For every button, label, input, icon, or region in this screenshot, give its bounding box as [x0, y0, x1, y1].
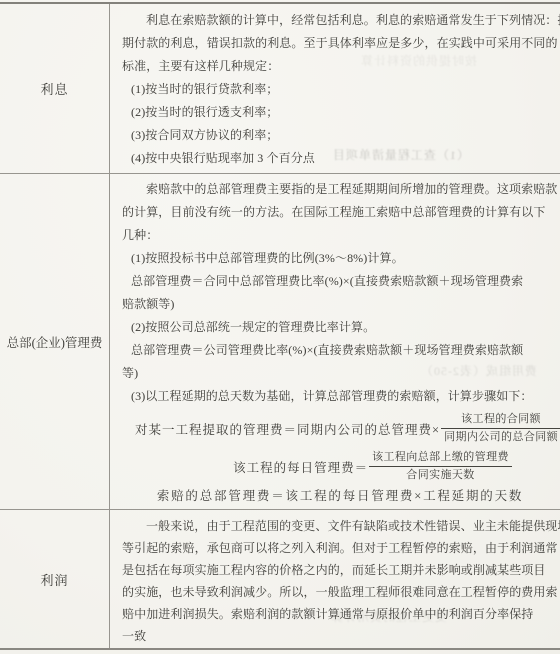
- equation-line: 赔款额等): [122, 293, 558, 316]
- fraction-denominator: 同期内公司的总合同额: [441, 428, 560, 444]
- text-line: 一般来说，由于工程范围的变更、文件有缺陷或技术性错误、业主未能提供现场: [122, 515, 558, 537]
- list-item: (2)按照公司总部统一规定的管理费比率计算。: [122, 316, 558, 339]
- list-item: (1)按照投标书中总部管理费的比例(3%～8%)计算。: [122, 247, 558, 270]
- formula-prefix: 对某一工程提取的管理费＝同期内公司的总管理费×: [135, 420, 440, 438]
- table-row-overhead: 总部(企业)管理费 索赔款中的总部管理费主要指的是工程延期期间所增加的管理费。这…: [0, 173, 560, 509]
- text-line: 赔中加进利润损失。索赔利润的款额计算通常与原报价单中的利润百分率保持: [122, 603, 558, 625]
- fraction-numerator: 该工程的合同额: [441, 412, 560, 427]
- row-label-interest: 利息: [0, 4, 110, 173]
- row-label-overhead: 总部(企业)管理费: [0, 174, 110, 509]
- text-line: 的实施，也未导致利润减少。所以，一般监理工程师很难同意在工程暂停的费用索: [122, 581, 558, 603]
- table-row-interest: 利息 利息在索赔款额的计算中，经常包括利息。利息的索赔通常发生于下列情况：拖 期…: [0, 4, 560, 173]
- text-line: 等引起的索赔，承包商可以将之列入利润。但对于工程暂停的索赔，由于利润通常: [122, 537, 558, 559]
- text-line: 标准，主要有这样几种规定：: [122, 55, 558, 78]
- text-line: 几种：: [122, 224, 558, 247]
- scanned-document-page: （1）查工程量清单项目 按时提供的资料计算 费用组成（表2-50） 变更工程的费…: [0, 0, 560, 654]
- fraction: 该工程的合同额同期内公司的总合同额: [441, 412, 560, 444]
- text-line: 是包括在每项实施工程内容的价格之内的，而延长工期并未影响或削减某些项目: [122, 559, 558, 581]
- list-item: (1)按当时的银行贷款利率；: [122, 78, 558, 101]
- row-content-interest: 利息在索赔款额的计算中，经常包括利息。利息的索赔通常发生于下列情况：拖 期付款的…: [110, 4, 560, 173]
- formula-prefix: 该工程的每日管理费＝: [233, 458, 368, 476]
- equation-line: 总部管理费＝合同中总部管理费比率(%)×(直接费索赔款额＋现场管理费索: [122, 270, 558, 293]
- text-line: 利息在索赔款额的计算中，经常包括利息。利息的索赔通常发生于下列情况：拖: [122, 9, 558, 32]
- row-label-profit: 利润: [0, 510, 110, 648]
- text-line: 一致: [122, 625, 558, 647]
- fraction-numerator: 该工程向总部上缴的管理费: [369, 450, 512, 465]
- equation-line: 等): [122, 362, 558, 385]
- table-row-profit: 利润 一般来说，由于工程范围的变更、文件有缺陷或技术性错误、业主未能提供现场 等…: [0, 509, 560, 648]
- formula-overhead-allocation: 对某一工程提取的管理费＝同期内公司的总管理费×该工程的合同额同期内公司的总合同额: [122, 411, 558, 447]
- formula-claimed-overhead: 索赔的总部管理费＝该工程的每日管理费×工程延期的天数: [122, 485, 558, 508]
- text-line: 索赔款中的总部管理费主要指的是工程延期期间所增加的管理费。这项索赔款: [122, 178, 558, 201]
- text-line: 的计算，目前没有统一的方法。在国际工程施工索赔中总部管理费的计算有以下: [122, 201, 558, 224]
- fraction: 该工程向总部上缴的管理费合同实施天数: [369, 450, 512, 482]
- list-item: (4)按中央银行贴现率加 3 个百分点: [122, 147, 558, 170]
- claims-cost-table: 利息 利息在索赔款额的计算中，经常包括利息。利息的索赔通常发生于下列情况：拖 期…: [0, 2, 560, 650]
- list-item: (3)按合同双方协议的利率；: [122, 124, 558, 147]
- formula-daily-overhead: 该工程的每日管理费＝该工程向总部上缴的管理费合同实施天数: [122, 449, 558, 485]
- fraction-denominator: 合同实施天数: [369, 466, 512, 482]
- row-content-profit: 一般来说，由于工程范围的变更、文件有缺陷或技术性错误、业主未能提供现场 等引起的…: [110, 510, 560, 648]
- list-item: (2)按当时的银行透支利率；: [122, 101, 558, 124]
- equation-line: 总部管理费＝公司管理费比率(%)×(直接费索赔款额＋现场管理费索赔款额: [122, 339, 558, 362]
- row-content-overhead: 索赔款中的总部管理费主要指的是工程延期期间所增加的管理费。这项索赔款 的计算，目…: [110, 174, 560, 509]
- text-line: 期付款的利息，错误扣款的利息。至于具体利率应是多少，在实践中可采用不同的: [122, 32, 558, 55]
- list-item: (3)以工程延期的总天数为基础，计算总部管理费的索赔额，计算步骤如下：: [122, 385, 558, 408]
